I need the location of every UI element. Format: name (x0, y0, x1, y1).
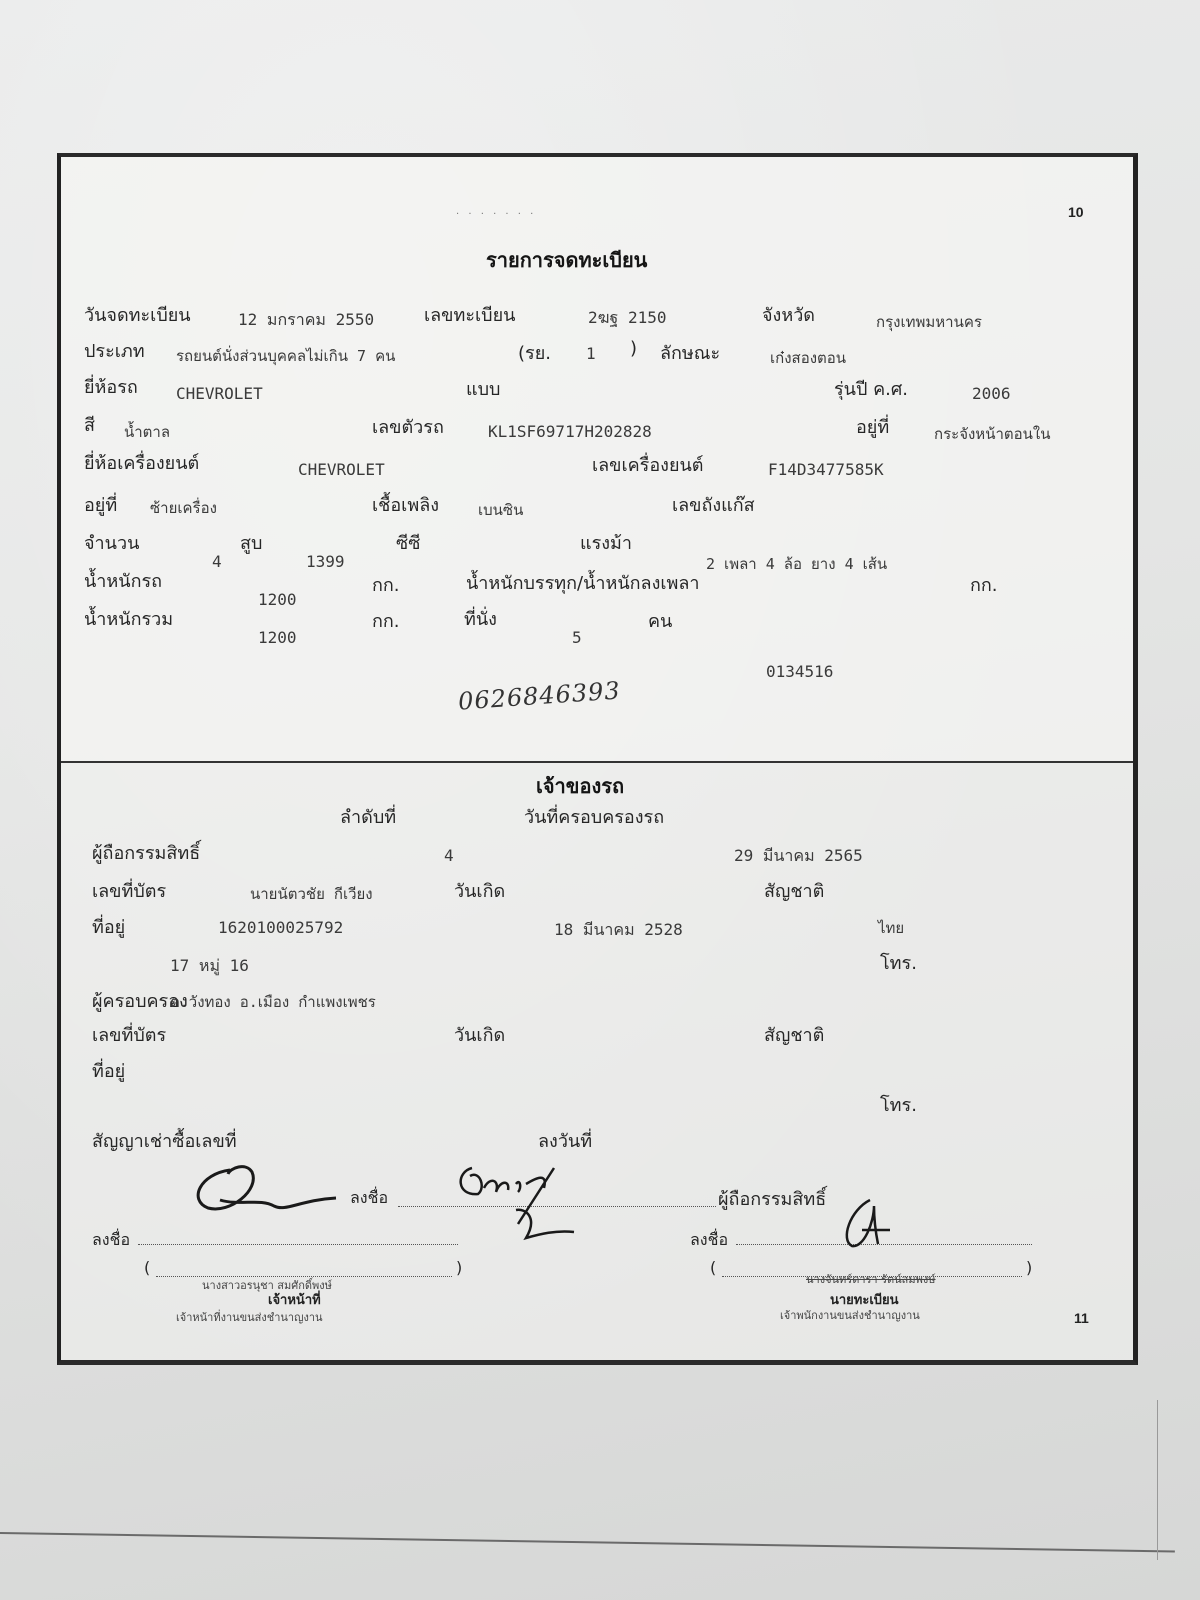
officer-title: เจ้าหน้าที่ (268, 1289, 321, 1310)
engine-brand-value: CHEVROLET (298, 460, 385, 479)
engine-number-label: เลขเครื่องยนต์ (592, 450, 704, 479)
page-bottom-rule (0, 1532, 1175, 1552)
fuel-label: เชื้อเพลิง (372, 490, 439, 519)
brand-label: ยี่ห้อรถ (84, 372, 138, 401)
horsepower-label: แรงม้า (580, 528, 632, 557)
order-label: ลำดับที่ (340, 802, 396, 831)
order-value: 4 (444, 846, 454, 865)
payload-label: น้ำหนักบรรทุก/น้ำหนักลงเพลา (466, 568, 700, 597)
nationality-value: ไทย (878, 916, 904, 940)
year-label: รุ่นปี ค.ศ. (834, 374, 908, 403)
registrar-name: นางจันทร์ดารา รัตน์สมพงษ์ (806, 1270, 936, 1288)
engine-brand-label: ยี่ห้อเครื่องยนต์ (84, 448, 199, 477)
officer-sign-line (138, 1244, 458, 1245)
holder-sign-label: ลงชื่อ (350, 1186, 388, 1211)
page-number-bottom: 11 (1074, 1310, 1089, 1326)
page-right-edge (1157, 1400, 1158, 1560)
possessor-phone-label: โทร. (880, 1090, 917, 1119)
gross-weight-label: น้ำหนักรวม (84, 604, 173, 633)
officer-sign-label: ลงชื่อ (92, 1228, 130, 1253)
registrar-paren-close: ) (1026, 1258, 1032, 1277)
phone-label: โทร. (880, 948, 917, 977)
chassis-value: KL1SF69717H202828 (488, 422, 652, 441)
possession-date-value: 29 มีนาคม 2565 (734, 844, 863, 869)
officer-org: เจ้าหน้าที่งานขนส่งชำนาญงาน (176, 1308, 323, 1326)
holder-signature (456, 1158, 596, 1248)
color-value: น้ำตาล (124, 420, 170, 444)
cc-label: ซีซี (396, 528, 420, 557)
gas-tank-label: เลขถังแก๊ส (672, 490, 755, 519)
chassis-location-label: อยู่ที่ (856, 412, 889, 441)
registrar-paren-open: ( (710, 1258, 716, 1277)
cylinders-label: สูบ (240, 528, 262, 557)
address-line1-value: 17 หมู่ 16 (170, 954, 249, 979)
seats-value: 5 (572, 628, 582, 647)
faint-header-marks: · · · · · · · (456, 209, 536, 220)
weight-label: น้ำหนักรถ (84, 566, 162, 595)
seats-unit: คน (648, 606, 672, 635)
count-label: จำนวน (84, 528, 139, 557)
address-line2-value: ต.วังทอง อ.เมือง กำแพงเพชร (170, 990, 376, 1014)
weight-unit: กก. (372, 570, 400, 599)
possessor-dob-label: วันเกิด (454, 1020, 505, 1049)
fuel-value: เบนซิน (478, 498, 523, 522)
reg-date-value: 12 มกราคม 2550 (238, 308, 374, 333)
owner-name-value: นายนัตวชัย กีเวียง (250, 882, 373, 906)
hire-purchase-label: สัญญาเช่าซื้อเลขที่ (92, 1126, 237, 1155)
officer-paren-close: ) (456, 1258, 462, 1277)
officer-paren-open: ( (144, 1258, 150, 1277)
payload-unit: กก. (970, 570, 998, 599)
possession-date-label: วันที่ครอบครองรถ (524, 802, 664, 831)
dob-label: วันเกิด (454, 876, 505, 905)
possessor-address-label: ที่อยู่ (92, 1056, 125, 1085)
weight-value: 1200 (258, 590, 297, 609)
id-number-value: 1620100025792 (218, 918, 343, 937)
engine-location-label: อยู่ที่ (84, 490, 117, 519)
possessor-nationality-label: สัญชาติ (764, 1020, 824, 1049)
page-number-top: 10 (1068, 204, 1084, 220)
owner-label: ผู้ถือกรรมสิทธิ์ (92, 838, 200, 867)
owner-section-title: เจ้าของรถ (536, 770, 624, 802)
province-label: จังหวัด (762, 300, 815, 329)
section-divider (61, 761, 1133, 763)
year-value: 2006 (972, 384, 1011, 403)
address-label: ที่อยู่ (92, 912, 125, 941)
dob-value: 18 มีนาคม 2528 (554, 918, 683, 943)
signed-date-label: ลงวันที่ (538, 1126, 592, 1155)
ry-close: ) (630, 338, 637, 359)
registrar-signature (840, 1196, 910, 1256)
color-label: สี (84, 410, 95, 439)
registrar-org: เจ้าพนักงานขนส่งชำนาญงาน (780, 1306, 920, 1324)
axles-value: 2 เพลา 4 ล้อ ยาง 4 เส้น (706, 552, 887, 576)
plate-label: เลขทะเบียน (424, 300, 515, 329)
engine-number-value: F14D3477585K (768, 460, 884, 479)
brand-value: CHEVROLET (176, 384, 263, 403)
registration-section-title: รายการจดทะเบียน (486, 244, 647, 276)
model-label: แบบ (466, 374, 500, 403)
possessor-id-label: เลขที่บัตร (92, 1020, 166, 1049)
seats-label: ที่นั่ง (464, 604, 497, 633)
type-value: รถยนต์นั่งส่วนบุคคลไม่เกิน 7 คน (176, 344, 395, 368)
holder-role-label: ผู้ถือกรรมสิทธิ์ (718, 1184, 826, 1213)
reg-date-label: วันจดทะเบียน (84, 300, 191, 329)
cc-value: 1399 (306, 552, 345, 571)
plate-value: 2ฆฐ 2150 (588, 306, 667, 331)
engine-location-value: ซ้ายเครื่อง (150, 496, 217, 520)
id-card-label: เลขที่บัตร (92, 876, 166, 905)
style-value: เก๋งสองตอน (770, 346, 846, 370)
ry-label: (รย. (518, 338, 551, 367)
cylinders-value: 4 (212, 552, 222, 571)
type-label: ประเภท (84, 336, 145, 365)
chassis-location-value: กระจังหน้าตอนใน (934, 422, 1050, 446)
serial-number: 0134516 (766, 662, 833, 681)
ry-value: 1 (586, 344, 596, 363)
style-label: ลักษณะ (660, 338, 720, 367)
registrar-sign-label: ลงชื่อ (690, 1228, 728, 1253)
officer-signature (190, 1160, 350, 1230)
gross-weight-unit: กก. (372, 606, 400, 635)
gross-weight-value: 1200 (258, 628, 297, 647)
province-value: กรุงเทพมหานคร (876, 310, 982, 334)
nationality-label: สัญชาติ (764, 876, 824, 905)
chassis-label: เลขตัวรถ (372, 412, 444, 441)
